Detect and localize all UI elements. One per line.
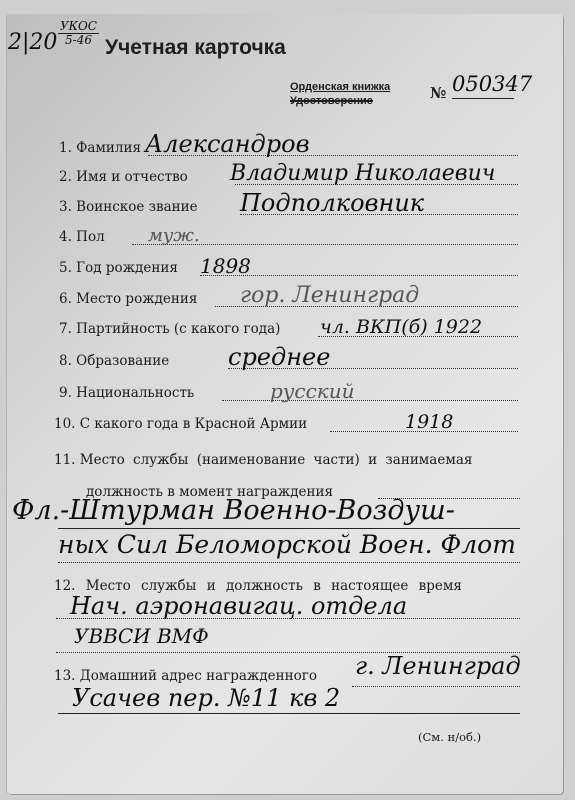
registry-fraction: УКОС 5-46 bbox=[58, 20, 99, 47]
field-label-text: С какого года в Красной Армии bbox=[80, 416, 307, 432]
field-13-number: 13. bbox=[54, 668, 75, 684]
field-number: 4. bbox=[59, 229, 76, 245]
field-2-label: 2. Имя и отчество bbox=[59, 169, 188, 185]
field-11-number: 11. bbox=[54, 452, 75, 468]
field-number: 5. bbox=[59, 260, 76, 276]
see-reverse-note: (См. н/об.) bbox=[418, 730, 481, 744]
field-number: 6. bbox=[59, 291, 76, 307]
registry-fraction-bottom: 5-46 bbox=[58, 34, 99, 47]
field-13-value-line1: г. Ленинград bbox=[355, 652, 521, 680]
field-3-value: Подполковник bbox=[240, 189, 424, 217]
number-value: 050347 bbox=[452, 72, 532, 96]
field-11-value-line2: ных Сил Беломорской Воен. Флот bbox=[58, 530, 516, 559]
field-6-label: 6. Место рождения bbox=[59, 291, 197, 307]
field-8-value: среднее bbox=[228, 343, 330, 371]
field-10-value: 1918 bbox=[405, 411, 453, 433]
field-number: 8. bbox=[59, 353, 76, 369]
field-1-label: 1. Фамилия bbox=[59, 140, 141, 156]
field-label-text: Образование bbox=[76, 353, 169, 369]
archive-mark: 2|20 bbox=[8, 30, 57, 55]
field-number: 3. bbox=[59, 199, 76, 215]
field-label-text: Фамилия bbox=[76, 140, 141, 156]
field-label-text: Место рождения bbox=[76, 291, 197, 307]
field-number: 10. bbox=[54, 416, 80, 432]
field-11-label: 11. Место службы (наименование части) и … bbox=[54, 452, 472, 468]
field-4-value: муж. bbox=[148, 225, 200, 246]
field-13-label-text: Домашний адрес награжденного bbox=[80, 668, 317, 684]
field-4-label: 4. Пол bbox=[59, 229, 105, 245]
field-label-text: Партийность (с какого года) bbox=[76, 321, 280, 337]
field-number: 7. bbox=[59, 321, 76, 337]
field-13-line2 bbox=[58, 713, 520, 714]
field-1-value: Александров bbox=[145, 130, 310, 158]
document-type-struck: Удостоверение bbox=[290, 94, 390, 108]
field-13-line1 bbox=[352, 686, 520, 687]
field-label-text: Пол bbox=[76, 229, 104, 245]
field-7-label: 7. Партийность (с какого года) bbox=[59, 321, 280, 337]
field-label-text: Национальность bbox=[76, 385, 194, 401]
card-title: Учетная карточка bbox=[105, 36, 286, 60]
document-type-selected: Орденская книжка bbox=[290, 80, 390, 94]
field-12-value-line2: УВВСИ ВМФ bbox=[74, 624, 209, 648]
field-11-line1 bbox=[58, 528, 520, 529]
field-6-value: гор. Ленинград bbox=[240, 283, 419, 308]
document-type: Орденская книжка Удостоверение bbox=[290, 80, 390, 108]
field-9-line bbox=[222, 400, 518, 401]
field-label-text: Имя и отчество bbox=[76, 169, 188, 185]
field-9-label: 9. Национальность bbox=[59, 385, 194, 401]
number-underline bbox=[452, 98, 514, 99]
field-10-label: 10. С какого года в Красной Армии bbox=[54, 416, 307, 432]
field-8-label: 8. Образование bbox=[59, 353, 169, 369]
field-12-line1 bbox=[56, 618, 520, 619]
field-number: 9. bbox=[59, 385, 76, 401]
field-11-value-line1: Фл.-Штурман Военно-Воздуш- bbox=[12, 495, 455, 526]
registry-fraction-top: УКОС bbox=[58, 20, 99, 34]
field-11-line2 bbox=[58, 562, 520, 563]
field-number: 1. bbox=[59, 140, 76, 156]
field-7-value: чл. ВКП(б) 1922 bbox=[320, 316, 482, 338]
field-5-label: 5. Год рождения bbox=[59, 260, 178, 276]
field-13-label: 13. Домашний адрес награжденного bbox=[54, 668, 317, 684]
field-number: 2. bbox=[59, 169, 76, 185]
field-label-text: Воинское звание bbox=[76, 199, 197, 215]
field-13-value-line2: Усачев пер. №11 кв 2 bbox=[72, 684, 340, 712]
field-9-value: русский bbox=[270, 379, 355, 403]
number-label: № bbox=[430, 84, 446, 102]
field-label-text: Год рождения bbox=[76, 260, 178, 276]
field-3-label: 3. Воинское звание bbox=[59, 199, 198, 215]
field-2-value: Владимир Николаевич bbox=[230, 161, 495, 186]
field-5-value: 1898 bbox=[200, 254, 251, 278]
field-12-value-line1: Нач. аэронавигац. отдела bbox=[70, 592, 407, 620]
field-11-label-line1: Место службы (наименование части) и зани… bbox=[80, 452, 473, 468]
